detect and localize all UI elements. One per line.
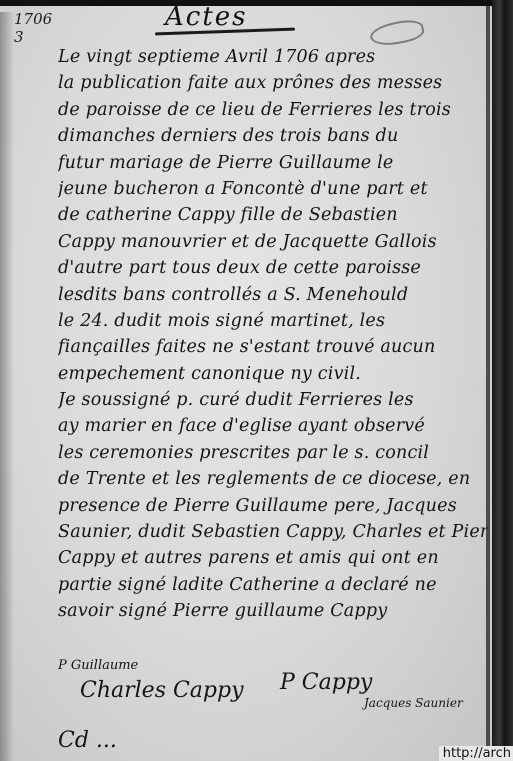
text-line: empechement canonique ny civil. — [58, 361, 488, 387]
text-line: de paroisse de ce lieu de Ferrieres les … — [58, 97, 488, 123]
signature-charles-cappy: Charles Cappy — [80, 678, 244, 703]
signature-p-guillaume: P Guillaume — [58, 658, 138, 673]
text-line: partie signé ladite Catherine a declaré … — [58, 572, 488, 598]
text-line: lesdits bans controllés a S. Menehould — [58, 282, 488, 308]
text-line: Cappy manouvrier et de Jacquette Gallois — [58, 229, 488, 255]
text-line: de Trente et les reglements de ce dioces… — [58, 466, 488, 492]
text-line: les ceremonies prescrites par le s. conc… — [58, 440, 488, 466]
text-line: fiançailles faites ne s'estant trouvé au… — [58, 334, 488, 360]
text-line: dimanches derniers des trois bans du — [58, 123, 488, 149]
page-header-title: Actes — [165, 6, 248, 32]
signature-bottom: Cd ... — [58, 728, 117, 753]
text-line: Je soussigné p. curé dudit Ferrieres les — [58, 387, 488, 413]
signature-p-cappy: P Cappy — [280, 670, 372, 695]
text-line: la publication faite aux prônes des mess… — [58, 70, 488, 96]
record-body: Le vingt septieme Avril 1706 apres la pu… — [58, 44, 488, 625]
text-line: ay marier en face d'eglise ayant observé — [58, 413, 488, 439]
text-line: le 24. dudit mois signé martinet, les — [58, 308, 488, 334]
register-page: 1706 3 Actes Le vingt septieme Avril 170… — [0, 6, 492, 761]
text-line: Saunier, dudit Sebastien Cappy, Charles … — [58, 519, 488, 545]
text-line: savoir signé Pierre guillaume Cappy — [58, 598, 488, 624]
text-line: de catherine Cappy fille de Sebastien — [58, 202, 488, 228]
text-line: Le vingt septieme Avril 1706 apres — [58, 44, 488, 70]
archive-watermark: http://arch — [439, 746, 513, 761]
page-edge — [486, 6, 490, 761]
book-binding — [492, 0, 513, 761]
margin-year: 1706 — [14, 10, 52, 28]
text-line: d'autre part tous deux de cette paroisse — [58, 255, 488, 281]
page-gutter-shadow — [0, 12, 14, 761]
text-line: presence de Pierre Guillaume pere, Jacqu… — [58, 493, 488, 519]
text-line: futur mariage de Pierre Guillaume le — [58, 150, 488, 176]
signature-jacques-saunier: Jacques Saunier — [364, 696, 463, 710]
text-line: Cappy et autres parens et amis qui ont e… — [58, 545, 488, 571]
text-line: jeune bucheron a Foncontè d'une part et — [58, 176, 488, 202]
margin-entry-number: 3 — [14, 28, 52, 46]
margin-note: 1706 3 — [14, 10, 52, 46]
